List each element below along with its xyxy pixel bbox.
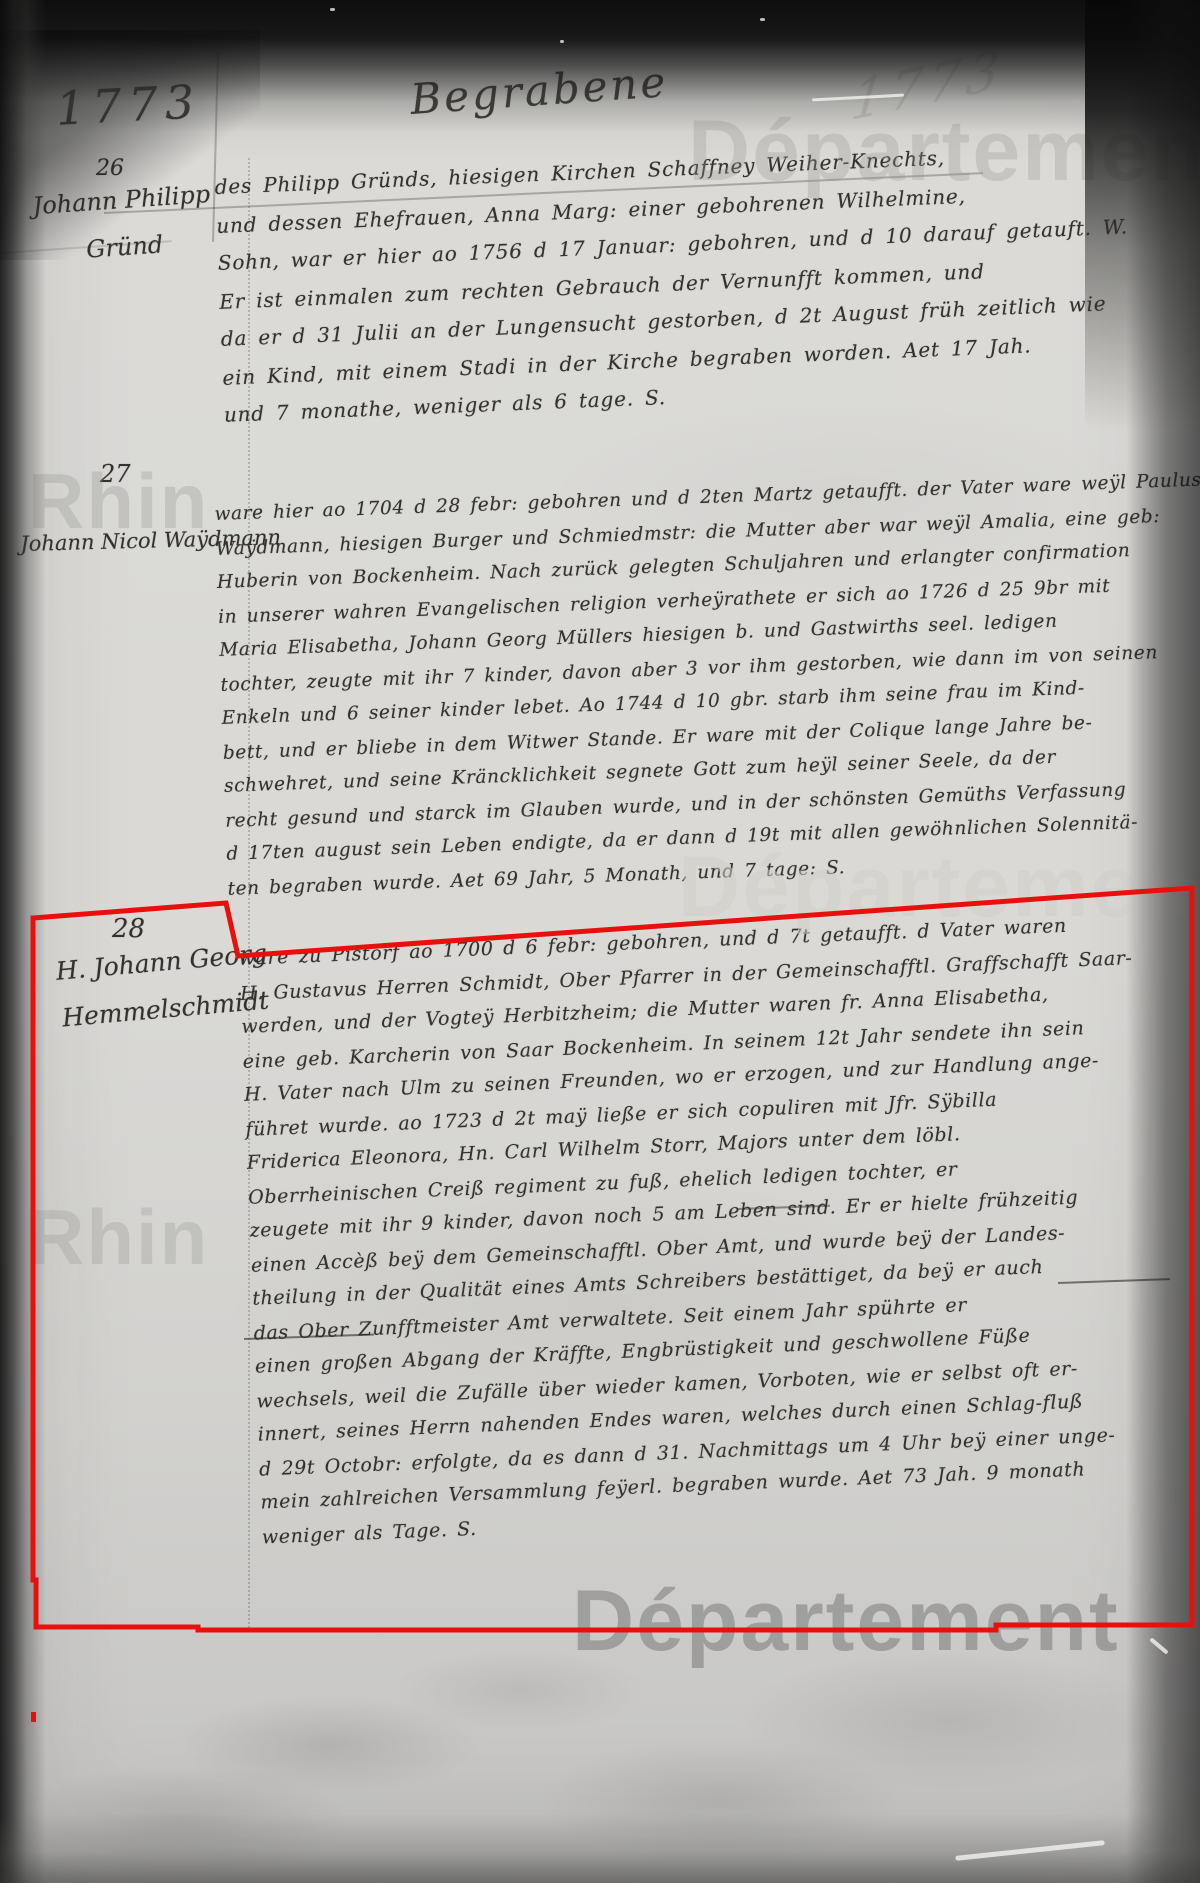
scan-edge-right [1126,0,1200,1883]
entry-26-body-text: des Philipp Gründs, hiesigen Kirchen Sch… [214,131,1135,433]
scan-speck [760,18,765,21]
entry-27-number: 27 [100,460,131,488]
scan-speck [330,8,335,11]
entry-27-body-text: ware hier ao 1704 d 28 febr: gebohren un… [214,464,1200,906]
watermark-departement-bottom: Département [572,1572,1120,1671]
watermark-rhin-lower: Rhin [28,1192,209,1283]
entry-28-number: 28 [112,914,145,944]
register-page-scan: 1773 1773 Begrabene 26 Johann PhilippGrü… [0,0,1200,1883]
scan-edge-left [0,0,46,1883]
entry-28-body-text: ware zu Pistorf ao 1700 d 6 febr: gebohr… [238,906,1155,1553]
scan-edge-top [0,0,1200,160]
scan-speck [560,40,564,43]
